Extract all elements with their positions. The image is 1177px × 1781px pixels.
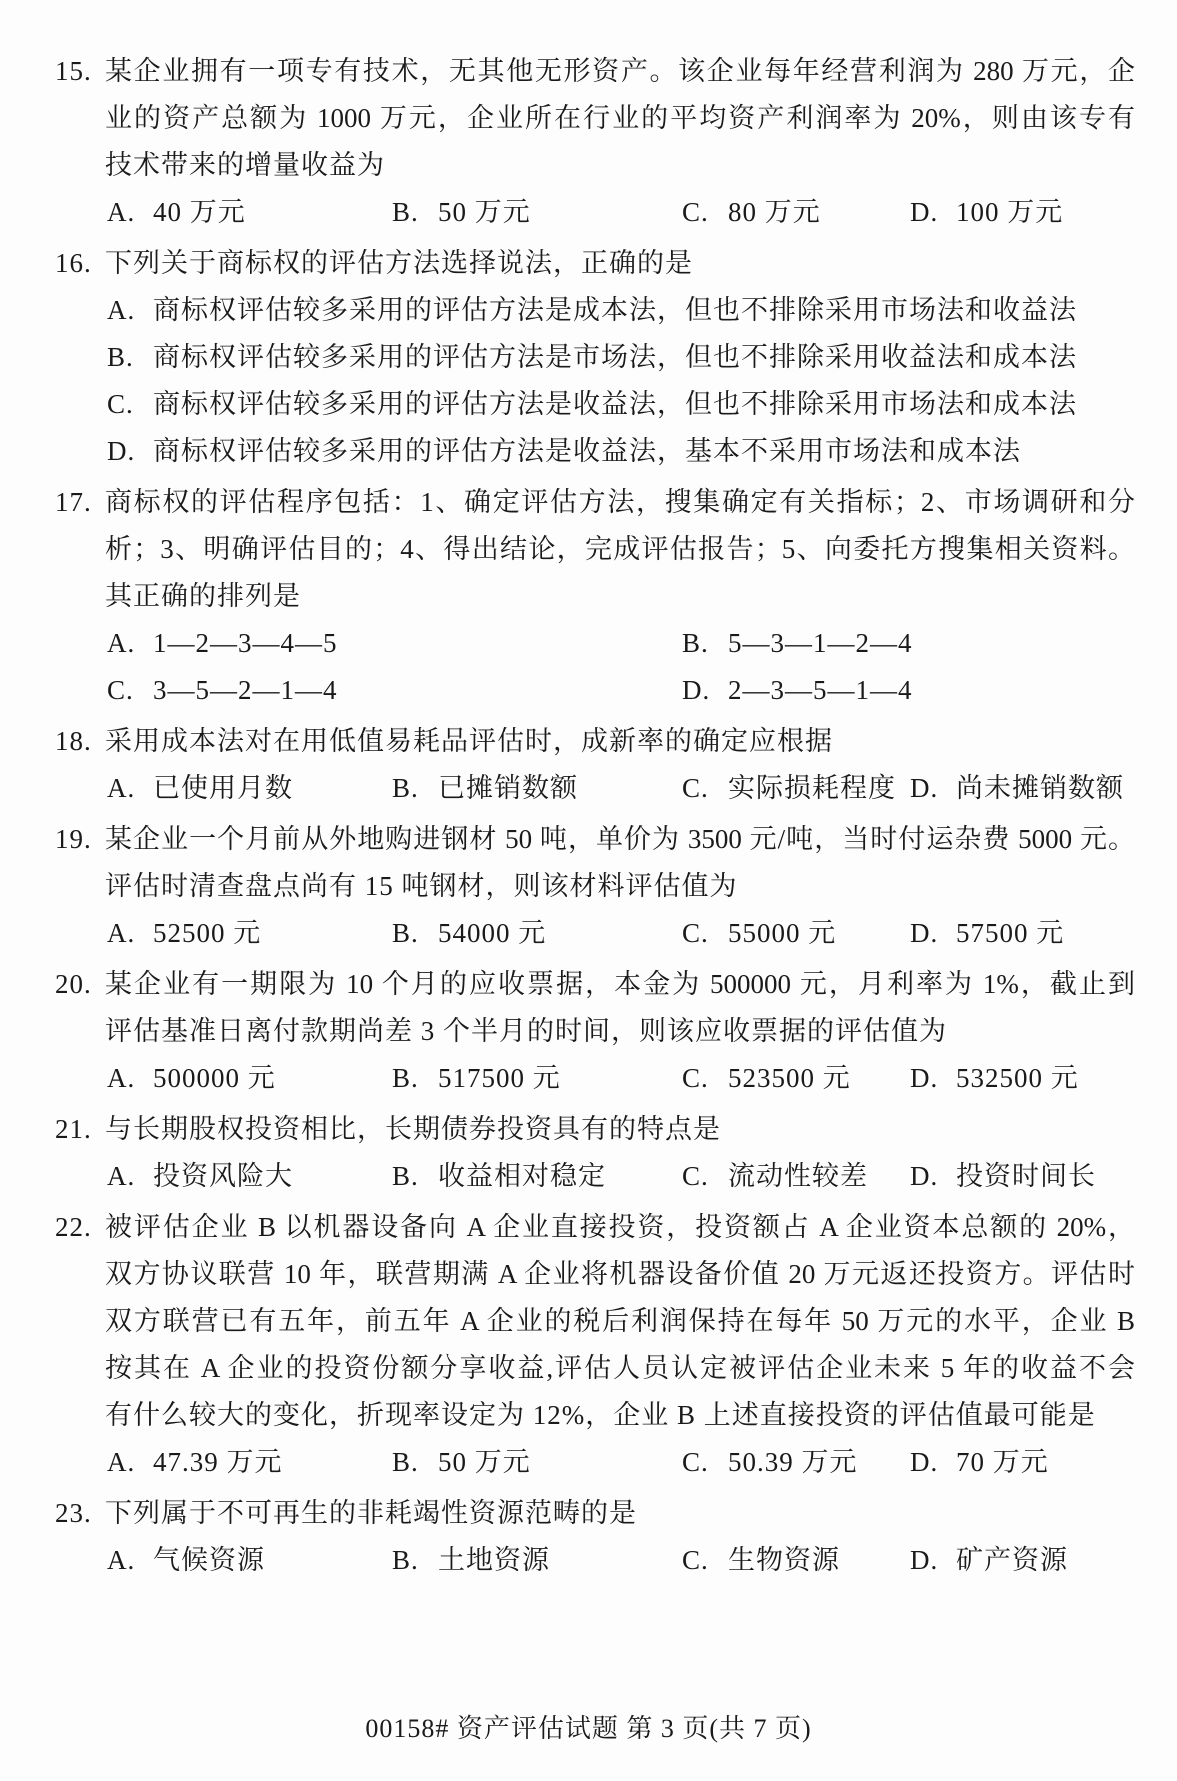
option-b: B.50 万元 [392, 189, 531, 236]
option-label: 土地资源 [438, 1545, 550, 1575]
option-a: A.52500 元 [107, 910, 261, 957]
option-c: C.商标权评估较多采用的评估方法是收益法，但也不排除采用市场法和成本法 [105, 381, 1135, 428]
question-stem-line: 被评估企业 B 以机器设备向 A 企业直接投资，投资额占 A 企业资本总额的 2… [105, 1204, 1135, 1251]
option-label: 已摊销数额 [438, 773, 578, 803]
option-d: D.532500 元 [910, 1055, 1079, 1102]
option-a: A.商标权评估较多采用的评估方法是成本法，但也不排除采用市场法和收益法 [105, 287, 1135, 334]
question-22: 22. 被评估企业 B 以机器设备向 A 企业直接投资，投资额占 A 企业资本总… [105, 1204, 1135, 1486]
question-number: 21. [55, 1106, 105, 1153]
option-letter: B. [392, 189, 438, 236]
option-label: 50.39 万元 [728, 1447, 858, 1477]
option-label: 50 万元 [438, 197, 531, 227]
options-row: A.52500 元 B.54000 元 C.55000 元 D.57500 元 [105, 910, 1135, 957]
option-letter: B. [392, 1439, 438, 1486]
option-label: 2—3—5—1—4 [728, 675, 913, 705]
option-letter: D. [910, 1055, 956, 1102]
question-stem-line: 双方联营已有五年，前五年 A 企业的税后利润保持在每年 50 万元的水平，企业 … [105, 1298, 1135, 1345]
question-stem-line: 双方协议联营 10 年，联营期满 A 企业将机器设备价值 20 万元返还投资方。… [105, 1251, 1135, 1298]
option-label: 55000 元 [728, 918, 836, 948]
question-23: 23. 下列属于不可再生的非耗竭性资源范畴的是 A.气候资源 B.土地资源 C.… [105, 1490, 1135, 1584]
option-letter: B. [392, 1153, 438, 1200]
option-letter: B. [392, 910, 438, 957]
options-row: A.47.39 万元 B.50 万元 C.50.39 万元 D.70 万元 [105, 1439, 1135, 1486]
option-label: 50 万元 [438, 1447, 531, 1477]
option-letter: A. [107, 620, 153, 667]
option-label: 投资时间长 [956, 1161, 1096, 1191]
question-16: 16. 下列关于商标权的评估方法选择说法，正确的是 A.商标权评估较多采用的评估… [105, 240, 1135, 475]
question-stem-line: 按其在 A 企业的投资份额分享收益,评估人员认定被评估企业未来 5 年的收益不会 [105, 1345, 1135, 1392]
option-label: 商标权评估较多采用的评估方法是收益法，但也不排除采用市场法和成本法 [153, 389, 1077, 419]
question-number: 16. [55, 240, 105, 287]
option-a: A.500000 元 [107, 1055, 276, 1102]
option-letter: A. [107, 1537, 153, 1584]
option-letter: C. [682, 1055, 728, 1102]
option-label: 70 万元 [956, 1447, 1049, 1477]
option-c: C.实际损耗程度 [682, 765, 896, 812]
option-label: 3—5—2—1—4 [153, 675, 338, 705]
question-stem-line: 与长期股权投资相比，长期债券投资具有的特点是 [105, 1106, 1135, 1153]
option-label: 收益相对稳定 [438, 1161, 606, 1191]
options-row: A.40 万元 B.50 万元 C.80 万元 D.100 万元 [105, 189, 1135, 236]
option-a: A.投资风险大 [107, 1153, 293, 1200]
option-c: C.50.39 万元 [682, 1439, 858, 1486]
option-b: B.土地资源 [392, 1537, 550, 1584]
option-label: 生物资源 [728, 1545, 840, 1575]
option-b: B.收益相对稳定 [392, 1153, 606, 1200]
option-d: D.100 万元 [910, 189, 1063, 236]
question-stem-line: 某企业拥有一项专有技术，无其他无形资产。该企业每年经营利润为 280 万元，企 [105, 48, 1135, 95]
option-letter: A. [107, 1153, 153, 1200]
option-label: 523500 元 [728, 1063, 851, 1093]
option-letter: D. [107, 428, 153, 475]
question-stem-line: 有什么较大的变化，折现率设定为 12%，企业 B 上述直接投资的评估值最可能是 [105, 1392, 1135, 1439]
question-stem-line: 商标权的评估程序包括：1、确定评估方法，搜集确定有关指标；2、市场调研和分 [105, 479, 1135, 526]
option-letter: D. [910, 189, 956, 236]
option-c: C.生物资源 [682, 1537, 840, 1584]
option-b: B.517500 元 [392, 1055, 561, 1102]
option-a: A.气候资源 [107, 1537, 265, 1584]
option-d: D.尚未摊销数额 [910, 765, 1124, 812]
option-b: B.50 万元 [392, 1439, 531, 1486]
option-letter: D. [910, 910, 956, 957]
option-letter: A. [107, 1439, 153, 1486]
question-number: 20. [55, 961, 105, 1008]
question-number: 22. [55, 1204, 105, 1251]
option-d: D.57500 元 [910, 910, 1064, 957]
option-d: D.70 万元 [910, 1439, 1049, 1486]
option-letter: A. [107, 1055, 153, 1102]
option-letter: A. [107, 189, 153, 236]
option-label: 1—2—3—4—5 [153, 628, 338, 658]
option-label: 517500 元 [438, 1063, 561, 1093]
option-a: A.已使用月数 [107, 765, 293, 812]
option-label: 80 万元 [728, 197, 821, 227]
option-letter: B. [392, 1537, 438, 1584]
question-stem-line: 评估基准日离付款期尚差 3 个半月的时间，则该应收票据的评估值为 [105, 1008, 1135, 1055]
option-letter: B. [682, 620, 728, 667]
option-label: 40 万元 [153, 197, 246, 227]
option-letter: C. [682, 1153, 728, 1200]
option-d: D.矿产资源 [910, 1537, 1068, 1584]
exam-page: 15. 某企业拥有一项专有技术，无其他无形资产。该企业每年经营利润为 280 万… [0, 0, 1177, 1781]
option-b: B.商标权评估较多采用的评估方法是市场法，但也不排除采用收益法和成本法 [105, 334, 1135, 381]
option-label: 流动性较差 [728, 1161, 868, 1191]
option-d: D.2—3—5—1—4 [682, 667, 913, 714]
option-label: 尚未摊销数额 [956, 773, 1124, 803]
question-stem-line: 采用成本法对在用低值易耗品评估时，成新率的确定应根据 [105, 718, 1135, 765]
question-number: 23. [55, 1490, 105, 1537]
option-d: D.投资时间长 [910, 1153, 1096, 1200]
option-label: 532500 元 [956, 1063, 1079, 1093]
option-b: B.5—3—1—2—4 [682, 620, 913, 667]
question-number: 15. [55, 48, 105, 95]
option-letter: C. [107, 667, 153, 714]
option-a: A.47.39 万元 [107, 1439, 283, 1486]
options-row: A.500000 元 B.517500 元 C.523500 元 D.53250… [105, 1055, 1135, 1102]
option-a: A.1—2—3—4—5 [107, 620, 338, 667]
question-stem-line: 下列关于商标权的评估方法选择说法，正确的是 [105, 240, 1135, 287]
option-letter: D. [910, 1439, 956, 1486]
option-label: 商标权评估较多采用的评估方法是市场法，但也不排除采用收益法和成本法 [153, 342, 1077, 372]
option-c: C.523500 元 [682, 1055, 851, 1102]
option-label: 商标权评估较多采用的评估方法是成本法，但也不排除采用市场法和收益法 [153, 295, 1077, 325]
option-letter: D. [910, 1537, 956, 1584]
option-letter: C. [682, 765, 728, 812]
option-letter: C. [682, 1439, 728, 1486]
option-label: 商标权评估较多采用的评估方法是收益法，基本不采用市场法和成本法 [153, 436, 1021, 466]
question-stem-line: 业的资产总额为 1000 万元，企业所在行业的平均资产利润率为 20%，则由该专… [105, 95, 1135, 142]
option-letter: D. [910, 1153, 956, 1200]
question-stem-line: 某企业有一期限为 10 个月的应收票据，本金为 500000 元，月利率为 1%… [105, 961, 1135, 1008]
option-c: C.流动性较差 [682, 1153, 868, 1200]
question-stem-line: 下列属于不可再生的非耗竭性资源范畴的是 [105, 1490, 1135, 1537]
option-letter: C. [682, 1537, 728, 1584]
question-21: 21. 与长期股权投资相比，长期债券投资具有的特点是 A.投资风险大 B.收益相… [105, 1106, 1135, 1200]
option-label: 矿产资源 [956, 1545, 1068, 1575]
question-15: 15. 某企业拥有一项专有技术，无其他无形资产。该企业每年经营利润为 280 万… [105, 48, 1135, 236]
option-label: 实际损耗程度 [728, 773, 896, 803]
option-label: 52500 元 [153, 918, 261, 948]
question-number: 18. [55, 718, 105, 765]
question-17: 17. 商标权的评估程序包括：1、确定评估方法，搜集确定有关指标；2、市场调研和… [105, 479, 1135, 714]
option-label: 已使用月数 [153, 773, 293, 803]
option-label: 投资风险大 [153, 1161, 293, 1191]
options-row: A.投资风险大 B.收益相对稳定 C.流动性较差 D.投资时间长 [105, 1153, 1135, 1200]
option-label: 500000 元 [153, 1063, 276, 1093]
option-letter: A. [107, 287, 153, 334]
option-d: D.商标权评估较多采用的评估方法是收益法，基本不采用市场法和成本法 [105, 428, 1135, 475]
option-letter: B. [392, 1055, 438, 1102]
option-c: C.80 万元 [682, 189, 821, 236]
option-letter: B. [392, 765, 438, 812]
option-b: B.已摊销数额 [392, 765, 578, 812]
option-label: 47.39 万元 [153, 1447, 283, 1477]
question-stem-line: 析；3、明确评估目的；4、得出结论，完成评估报告；5、向委托方搜集相关资料。 [105, 526, 1135, 573]
option-letter: D. [682, 667, 728, 714]
question-stem-line: 评估时清查盘点尚有 15 吨钢材，则该材料评估值为 [105, 863, 1135, 910]
question-stem-line: 某企业一个月前从外地购进钢材 50 吨，单价为 3500 元/吨，当时付运杂费 … [105, 816, 1135, 863]
option-letter: C. [682, 910, 728, 957]
option-label: 5—3—1—2—4 [728, 628, 913, 658]
question-number: 19. [55, 816, 105, 863]
option-c: C.3—5—2—1—4 [107, 667, 338, 714]
option-letter: D. [910, 765, 956, 812]
page-footer: 00158# 资产评估试题 第 3 页(共 7 页) [0, 1705, 1177, 1752]
option-letter: A. [107, 910, 153, 957]
option-letter: C. [107, 381, 153, 428]
option-letter: B. [107, 334, 153, 381]
question-20: 20. 某企业有一期限为 10 个月的应收票据，本金为 500000 元，月利率… [105, 961, 1135, 1102]
option-label: 57500 元 [956, 918, 1064, 948]
option-label: 气候资源 [153, 1545, 265, 1575]
question-19: 19. 某企业一个月前从外地购进钢材 50 吨，单价为 3500 元/吨，当时付… [105, 816, 1135, 957]
options-row: A.气候资源 B.土地资源 C.生物资源 D.矿产资源 [105, 1537, 1135, 1584]
option-letter: C. [682, 189, 728, 236]
options-row: A.1—2—3—4—5 B.5—3—1—2—4 [105, 620, 1135, 667]
option-a: A.40 万元 [107, 189, 246, 236]
question-stem-line: 其正确的排列是 [105, 573, 1135, 620]
option-b: B.54000 元 [392, 910, 546, 957]
option-letter: A. [107, 765, 153, 812]
option-label: 54000 元 [438, 918, 546, 948]
options-row: C.3—5—2—1—4 D.2—3—5—1—4 [105, 667, 1135, 714]
option-c: C.55000 元 [682, 910, 836, 957]
question-18: 18. 采用成本法对在用低值易耗品评估时，成新率的确定应根据 A.已使用月数 B… [105, 718, 1135, 812]
options-row: A.已使用月数 B.已摊销数额 C.实际损耗程度 D.尚未摊销数额 [105, 765, 1135, 812]
option-label: 100 万元 [956, 197, 1063, 227]
question-number: 17. [55, 479, 105, 526]
question-stem-line: 技术带来的增量收益为 [105, 142, 1135, 189]
